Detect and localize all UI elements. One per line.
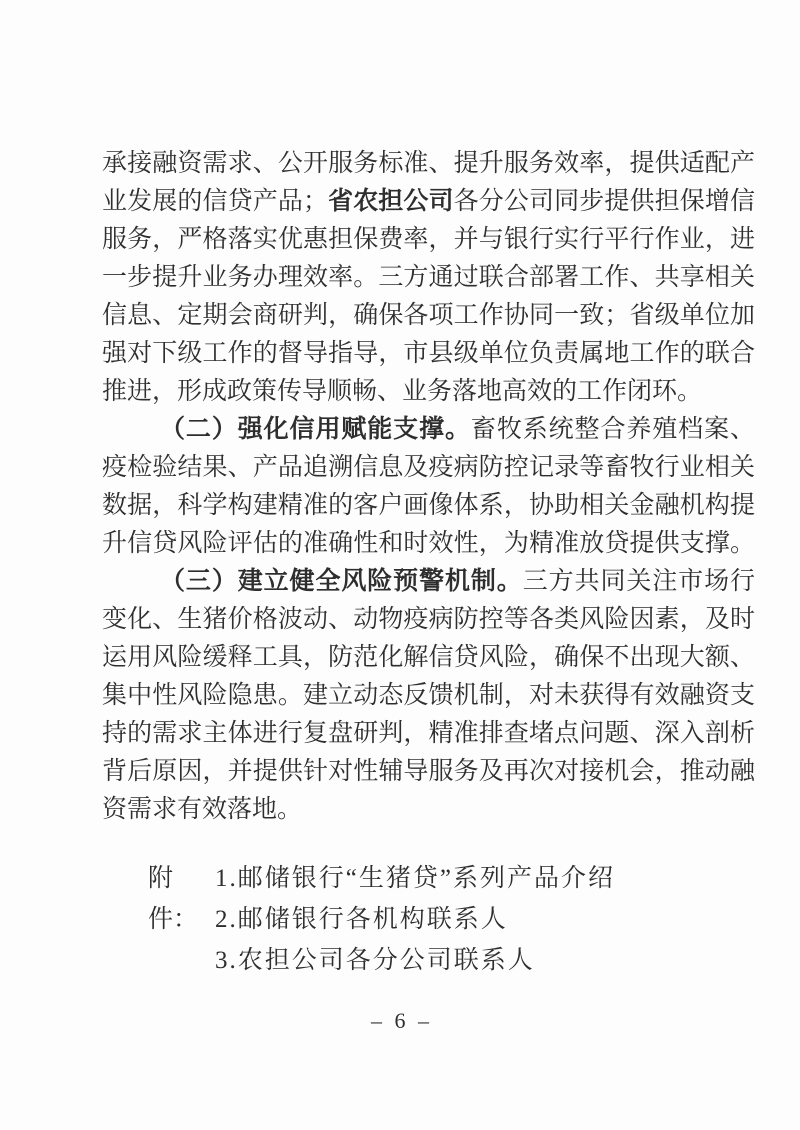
text-segment: 数据，科学构建精准的客户画像体系，协助相关金融机构提 (102, 492, 755, 519)
document-line: 业发展的信贷产品；省农担公司各分公司同步提供担保增信 (102, 183, 755, 221)
document-body: 承接融资需求、公开服务标准、提升服务效率，提供适配产业发展的信贷产品；省农担公司… (102, 145, 755, 829)
emphasis-text-segment: （二）强化信用赋能支撑。 (160, 416, 471, 443)
document-line: 资需求有效落地。 (102, 791, 755, 829)
attachment-row: 附件： 1.邮储银行“生猪贷”系列产品介绍2.邮储银行各机构联系人3.农担公司各… (148, 858, 615, 981)
document-line: 运用风险缓释工具，防范化解信贷风险，确保不出现大额、 (102, 639, 755, 677)
document-line: 疫检验结果、产品追溯信息及疫病防控记录等畜牧行业相关 (102, 449, 755, 487)
text-segment: 资需求有效落地。 (102, 796, 302, 823)
page-number: – 6 – (0, 1008, 800, 1034)
text-segment: 背后原因，并提供针对性辅导服务及再次对接机会，推动融 (102, 758, 755, 785)
document-page: 承接融资需求、公开服务标准、提升服务效率，提供适配产业发展的信贷产品；省农担公司… (0, 0, 800, 1130)
attachment-item: 3.农担公司各分公司联系人 (215, 940, 615, 981)
document-line: 强对下级工作的督导指导，市县级单位负责属地工作的联合 (102, 335, 755, 373)
document-line: 承接融资需求、公开服务标准、提升服务效率，提供适配产 (102, 145, 755, 183)
text-segment: 一步提升业务办理效率。三方通过联合部署工作、共享相关 (102, 264, 755, 291)
document-line: 推进，形成政策传导顺畅、业务落地高效的工作闭环。 (102, 373, 755, 411)
document-line: 服务，严格落实优惠担保费率，并与银行实行平行作业，进 (102, 221, 755, 259)
document-line: 升信贷风险评估的准确性和时效性，为精准放贷提供支撑。 (102, 525, 755, 563)
emphasis-text-segment: （三）建立健全风险预警机制。 (160, 568, 523, 595)
text-segment: 疫检验结果、产品追溯信息及疫病防控记录等畜牧行业相关 (102, 454, 755, 481)
text-segment: 运用风险缓释工具，防范化解信贷风险，确保不出现大额、 (102, 644, 755, 671)
attachment-item: 2.邮储银行各机构联系人 (215, 899, 615, 940)
text-segment: 服务，严格落实优惠担保费率，并与银行实行平行作业，进 (102, 226, 755, 253)
text-segment: 推进，形成政策传导顺畅、业务落地高效的工作闭环。 (102, 378, 702, 405)
document-line: 背后原因，并提供针对性辅导服务及再次对接机会，推动融 (102, 753, 755, 791)
document-line: （三）建立健全风险预警机制。三方共同关注市场行情 (102, 563, 755, 601)
text-segment: 业发展的信贷产品； (102, 188, 328, 215)
text-segment: 承接融资需求、公开服务标准、提升服务效率，提供适配产 (102, 150, 755, 177)
document-line: 持的需求主体进行复盘研判，精准排查堵点问题、深入剖析 (102, 715, 755, 753)
document-line: 一步提升业务办理效率。三方通过联合部署工作、共享相关 (102, 259, 755, 297)
text-segment: 信息、定期会商研判，确保各项工作协同一致；省级单位加 (102, 302, 755, 329)
emphasis-text-segment: 省农担公司 (328, 188, 454, 215)
attachment-block: 附件： 1.邮储银行“生猪贷”系列产品介绍2.邮储银行各机构联系人3.农担公司各… (148, 858, 615, 981)
text-segment: 持的需求主体进行复盘研判，精准排查堵点问题、深入剖析 (102, 720, 755, 747)
document-line: （二）强化信用赋能支撑。畜牧系统整合养殖档案、检 (102, 411, 755, 449)
text-segment: 各分公司同步提供担保增信 (454, 188, 755, 215)
text-segment: 升信贷风险评估的准确性和时效性，为精准放贷提供支撑。 (102, 530, 755, 557)
attachment-items: 1.邮储银行“生猪贷”系列产品介绍2.邮储银行各机构联系人3.农担公司各分公司联… (215, 858, 615, 981)
text-segment: 强对下级工作的督导指导，市县级单位负责属地工作的联合 (102, 340, 755, 367)
document-line: 信息、定期会商研判，确保各项工作协同一致；省级单位加 (102, 297, 755, 335)
text-segment: 变化、生猪价格波动、动物疫病防控等各类风险因素，及时 (102, 606, 755, 633)
document-line: 集中性风险隐患。建立动态反馈机制，对未获得有效融资支 (102, 677, 755, 715)
document-line: 数据，科学构建精准的客户画像体系，协助相关金融机构提 (102, 487, 755, 525)
text-segment: 集中性风险隐患。建立动态反馈机制，对未获得有效融资支 (102, 682, 755, 709)
document-line: 变化、生猪价格波动、动物疫病防控等各类风险因素，及时 (102, 601, 755, 639)
attachment-item: 1.邮储银行“生猪贷”系列产品介绍 (215, 858, 615, 899)
attachment-label: 附件： (148, 858, 215, 940)
